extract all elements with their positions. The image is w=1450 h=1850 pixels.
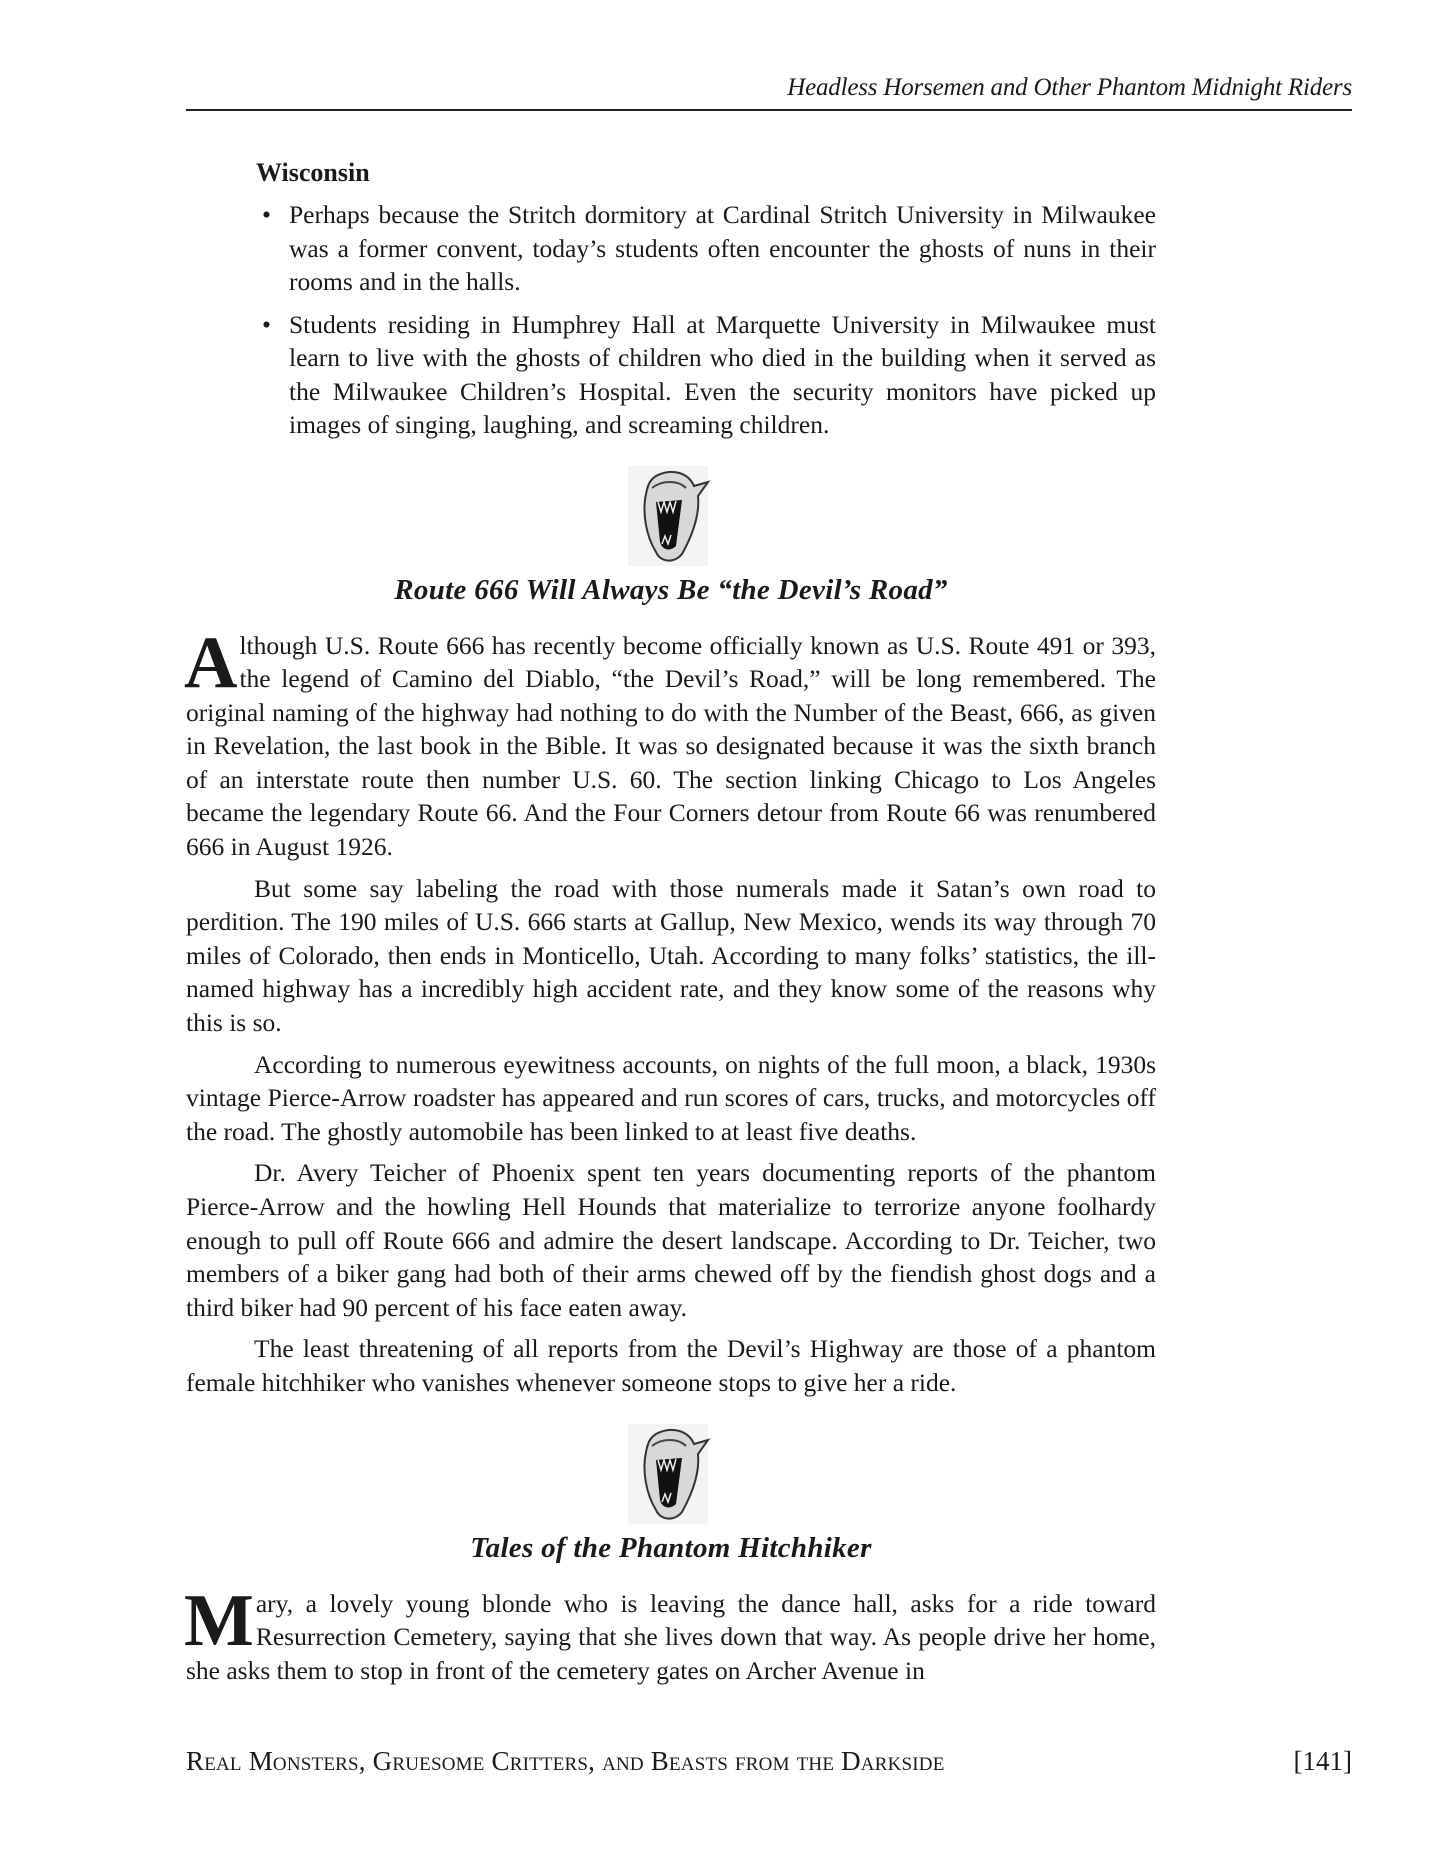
paragraph: Although U.S. Route 666 has recently bec… — [186, 629, 1156, 864]
screaming-monster-head-icon — [616, 466, 726, 566]
bullet-text: Perhaps because the Stritch dormitory at… — [289, 200, 1156, 296]
bullet-icon: • — [262, 198, 271, 232]
header-rule — [186, 109, 1352, 111]
bullet-text: Students residing in Humphrey Hall at Ma… — [289, 310, 1156, 440]
page-number: [141] — [1294, 1746, 1352, 1777]
paragraph: But some say labeling the road with thos… — [186, 872, 1156, 1040]
paragraph: Dr. Avery Teicher of Phoenix spent ten y… — [186, 1156, 1156, 1324]
section-title-route-666: Route 666 Will Always Be “the Devil’s Ro… — [186, 574, 1156, 607]
section-title-phantom-hitchhiker: Tales of the Phantom Hitchhiker — [186, 1532, 1156, 1565]
wisconsin-bullet-list: • Perhaps because the Stritch dormitory … — [186, 198, 1156, 442]
screaming-monster-head-icon — [616, 1424, 726, 1524]
paragraph-text: lthough U.S. Route 666 has recently beco… — [186, 631, 1156, 862]
paragraph: The least threatening of all reports fro… — [186, 1332, 1156, 1399]
paragraph-text: ary, a lovely young blonde who is leavin… — [186, 1589, 1156, 1685]
bullet-icon: • — [262, 308, 271, 342]
page-content: Wisconsin • Perhaps because the Stritch … — [186, 158, 1156, 1687]
footer-book-title: Real Monsters, Gruesome Critters, and Be… — [186, 1746, 945, 1777]
drop-cap: A — [184, 635, 237, 691]
page-footer: Real Monsters, Gruesome Critters, and Be… — [186, 1746, 1352, 1777]
wisconsin-heading: Wisconsin — [256, 158, 1156, 188]
bullet-item: • Perhaps because the Stritch dormitory … — [256, 198, 1156, 299]
bullet-item: • Students residing in Humphrey Hall at … — [256, 308, 1156, 442]
drop-cap: M — [184, 1593, 254, 1649]
paragraph: According to numerous eyewitness account… — [186, 1048, 1156, 1149]
paragraph: Mary, a lovely young blonde who is leavi… — [186, 1587, 1156, 1688]
running-head: Headless Horsemen and Other Phantom Midn… — [186, 74, 1352, 102]
